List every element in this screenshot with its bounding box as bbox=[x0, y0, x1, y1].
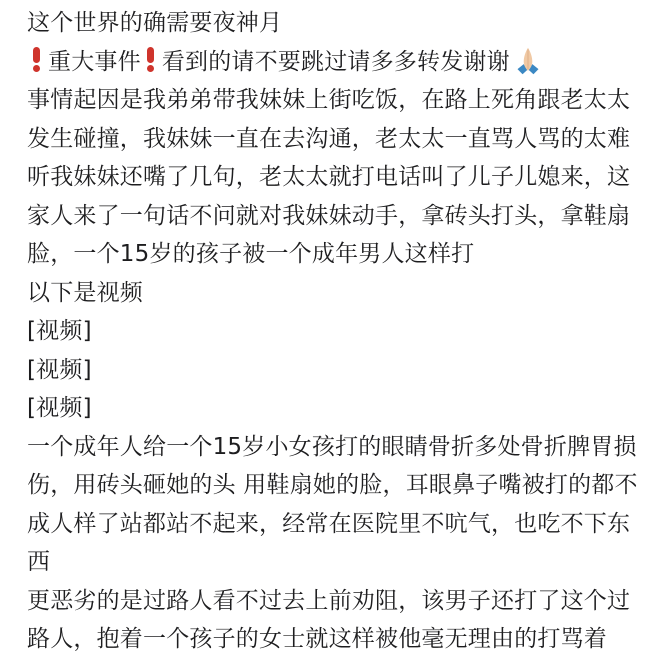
video-placeholder: [视频] bbox=[27, 389, 636, 428]
heavy-exclamation-icon bbox=[146, 47, 155, 72]
post-paragraph-incident: 事情起因是我弟弟带我妹妹上街吃饭，在路上死角跟老太太 发生碰撞，我妹妹一直在去沟… bbox=[27, 81, 636, 274]
video-intro: 以下是视频 bbox=[27, 274, 636, 313]
post-content: 这个世界的确需要夜神月 重大事件看到的请不要跳过请多多转发谢谢 事情起因是我弟弟… bbox=[0, 0, 660, 659]
post-paragraph-bystander: 更恶劣的是过路人看不过去上前劝阻，该男子还打了这个过 路人，抱着一个孩子的女士就… bbox=[27, 582, 636, 659]
alert-line: 重大事件看到的请不要跳过请多多转发谢谢 bbox=[27, 43, 636, 82]
heavy-exclamation-icon bbox=[32, 47, 41, 72]
alert-text-1: 重大事件 bbox=[48, 49, 141, 75]
post-title: 这个世界的确需要夜神月 bbox=[27, 4, 636, 43]
folded-hands-icon bbox=[514, 47, 542, 75]
video-placeholder: [视频] bbox=[27, 312, 636, 351]
video-placeholder: [视频] bbox=[27, 351, 636, 390]
alert-text-2: 看到的请不要跳过请多多转发谢谢 bbox=[162, 49, 510, 75]
post-paragraph-injuries: 一个成年人给一个15岁小女孩打的眼睛骨折多处骨折脾胃损 伤，用砖头砸她的头 用鞋… bbox=[27, 428, 636, 582]
